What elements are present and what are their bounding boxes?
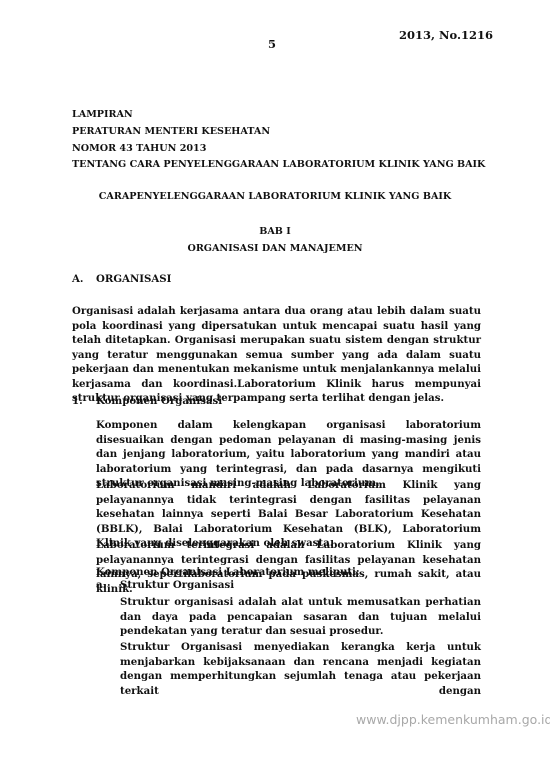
- chapter-title: ORGANISASI DAN MANAJEMEN: [0, 243, 550, 254]
- title-peraturan: PERATURAN MENTERI KESEHATAN: [72, 126, 270, 137]
- document-page: 5 2013, No.1216 LAMPIRAN PERATURAN MENTE…: [0, 0, 550, 777]
- item-a-marker: a.: [96, 579, 106, 591]
- item-a-para-2: Struktur Organisasi menyediakan kerangka…: [120, 640, 481, 698]
- title-nomor: NOMOR 43 TAHUN 2013: [72, 143, 206, 154]
- page-number: 5: [268, 37, 276, 51]
- item-a-para-1: Struktur organisasi adalah alat untuk me…: [120, 595, 481, 639]
- item-1-title: Komponen Organisasi: [96, 395, 222, 407]
- section-a-marker: A.: [72, 273, 83, 285]
- title-lampiran: LAMPIRAN: [72, 109, 133, 120]
- main-title: CARAPENYELENGGARAAN LABORATORIUM KLINIK …: [0, 191, 550, 202]
- chapter-label: BAB I: [0, 226, 550, 237]
- item-1-para-4: Komponen Organisasi Laboratorium meliput…: [96, 566, 360, 578]
- section-a-intro: Organisasi adalah kerjasama antara dua o…: [72, 304, 481, 406]
- section-a-title: ORGANISASI: [96, 273, 171, 285]
- title-tentang: TENTANG CARA PENYELENGGARAAN LABORATORIU…: [72, 159, 485, 170]
- item-1-marker: 1.: [72, 395, 83, 407]
- watermark-url: www.djpp.kemenkumham.go.id: [356, 712, 550, 727]
- document-number: 2013, No.1216: [399, 28, 493, 42]
- item-a-title: Struktur Organisasi: [120, 579, 234, 591]
